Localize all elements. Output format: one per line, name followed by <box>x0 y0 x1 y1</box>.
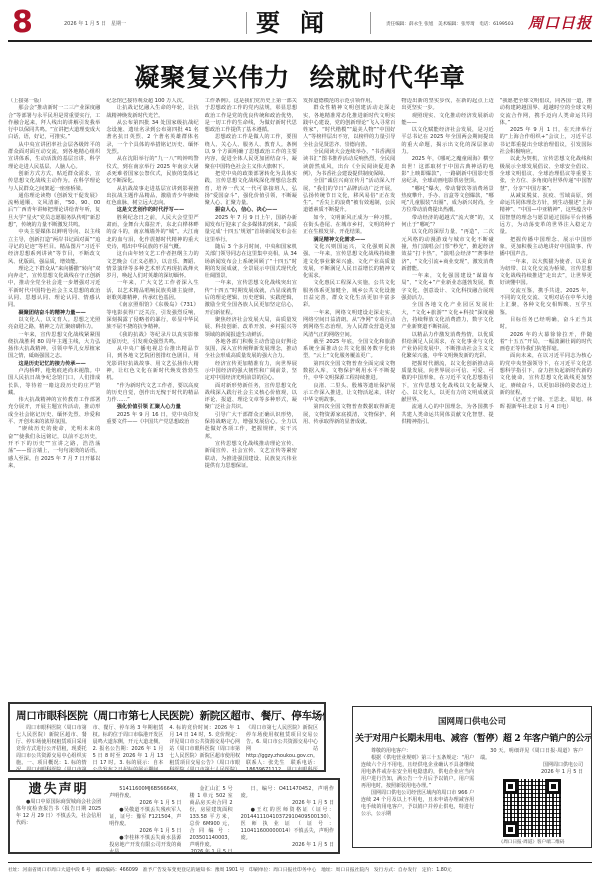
paragraph: 这台由年轻文艺工作者担纲主力的文艺晚会《正义必胜》，以音乐、舞蹈、情景演绎等多种… <box>106 251 198 280</box>
power-company-name: 国网周口供电公司 <box>353 707 591 727</box>
paragraph: 观照现实、文化推动经济发展新动能—— <box>401 113 493 128</box>
paragraph: 2026 年 1 月 5 日 <box>480 769 583 776</box>
paragraph: 思想政治工作是做人的工作，要围绕人、关心人、服务人、教育人。条例以 9 个方面明… <box>205 134 297 170</box>
paragraph: ●李桂林不慎丢失商水县源投房地产开发有限公司开发的商水县 <box>109 835 181 854</box>
paragraph: 引导广大干部群众正确认识形势，保持战略定力，增强发展信心。全力以赴做好各项工作，… <box>205 412 297 441</box>
paragraph: 带动经济的超越式“流大赛”的，又何止于“哪吒”？ <box>401 215 493 230</box>
article-column: 工作条例》。这是我们党历史上第一部关于思想政治工作的党内法规，彰显思想政治工作是… <box>205 98 297 690</box>
article-column: “我愿把全球文明倡议，同各国一道，推动构建跨越国界、超越时空的全球文明交流合作网… <box>500 98 592 690</box>
article-column: （上接第一版）那会会“推动新时一二三产业深度融合”等部署与永平民坦是常重要实行，… <box>8 98 100 690</box>
paragraph: 各地各部门积极主动营造良好舆论氛围，深入宣传阐释新发展理念，推动全社会形成高质量… <box>205 339 297 361</box>
paragraph: 日，编号：O411470452，声明作废。 <box>241 786 334 800</box>
paragraph: 一年来，宣传思想文化战线紧紧围绕抗战胜利 80 周年主题主线，大力弘扬伟大抗战精… <box>8 332 100 361</box>
paragraph: 2026 年 1 月 5 日 <box>109 800 181 807</box>
paragraph: 2025 年 9 月 16 日，党中央印发重要文件——《中国共产党思想政治 <box>106 412 198 427</box>
masthead-divider <box>370 12 371 34</box>
hospital-notice-col: 《周口市第七人民医院》新院区停车场使用权租赁项目交易公告。6. 周口市公共资源交… <box>246 725 318 772</box>
newspaper-logo: 周口日报 <box>528 12 592 33</box>
paragraph: 理论之下群众从“来向播撒”转向“双向奔走”，宣传思想文化战线在守正创新中，推动全… <box>8 266 100 310</box>
paragraph: 2026 年 1 月 5 日 <box>109 828 181 835</box>
paragraph: 2025 年 7 月 9 日上午，国新办新闻发布厅迎来了众多媒体的到来，“高质量… <box>205 215 297 244</box>
hospital-notice-col: 市、餐厅、停车场 3 年期租赁权。标的位于周口市临港开发区晨鸣大道东侧，开元大道… <box>93 725 164 772</box>
paragraph: 2026 年 1 月 5 日 <box>189 849 232 854</box>
paragraph: 流通人心的中国理念，为各国携手共建人类命运共同体贡献文化智慧、提供精神指引。 <box>401 404 493 426</box>
paragraph: 文化兴则国运兴，文化强则民族强。一年来，宣传思想文化战线持续推进文化事业繁荣兴盛… <box>303 244 395 280</box>
paragraph: “赓续历史的使命，光明未来的奋”“使我们永远铭记，以前不忘历史，开不下的历史”“… <box>8 426 100 470</box>
article-subhead: 这是历史记忆的接力传承—— <box>8 361 100 368</box>
editor-credits: 责任编辑：薛永生 张旭 美术编辑：张琴琦 电话：6199503 <box>386 21 514 27</box>
paragraph: 一年来，网络文明建设走深走实，网络空间日益清朗。从“净网”专项行动到网络生态治理… <box>303 310 395 339</box>
paragraph: 群众性精神文明创建活动走深走实，各地精准常态化推进新时代文明实践中心建设，党的创… <box>303 105 395 149</box>
paragraph: 卢沟桥畔，枪炮痕迹尚未褪散。中国人民抗日战争纪念馆门口，人们排成长队，等待着一睹… <box>8 368 100 397</box>
paragraph: 交流互鉴，携手共进。2025 年，不同的文化交流、文明对话在中华大地上汇聚，各种… <box>500 288 592 317</box>
section-title: 要闻 <box>256 8 344 38</box>
qr-caption: 《周口日报·周道》客户端二维码 <box>480 839 583 846</box>
paragraph: 如今，文明新风正成为一种习惯。在街头巷尾、在城市乡村，文明的种子正在生根发芽、开… <box>303 215 395 237</box>
paragraph: 2026 年的大幕徐徐拉开，伴随着“十五五”开局，一幅波澜壮阔的时代画卷正等待我… <box>500 332 592 354</box>
paragraph: 创新方式方式、贴近群众需求，宣传思想文化战线主动作为。在科学理论与人民群众之间架… <box>8 171 100 193</box>
paragraph: 全国各地文化产业园区发展壮大，“文化+旅游”“文化+科技”深度融合，持续释放文化… <box>401 302 493 331</box>
paragraph: 国网周口供电公司经营区域内的周口市 966 户连续 24 个月及以上不用电，且未… <box>361 790 474 818</box>
paragraph: 伟大抗战精神的宣传教育工作部署充分展开，开展主题宣传活动，推动形成全社会铭记历史… <box>8 397 100 426</box>
paragraph: “作为新时代文艺工作者，要以高度的历史自觉，创作出无愧于时代的精品力作……” <box>106 383 198 405</box>
paragraph: 物迈出新的坚实步伐，在新的起点上迈出更坚实一步。 <box>401 98 493 113</box>
power-notice-signoff: 30 天。明细详见《周口日报·周道》客户端。国网周口供电公司2026 年 1 月… <box>480 748 583 776</box>
article-subhead: 强化价值引领 汇聚人心力量 <box>106 404 198 411</box>
paragraph: 以文化赋能经济社会发展，是习近平总书记在 2025 年全国两会期间提出的重大命题… <box>401 127 493 156</box>
paragraph: 通俗理论读物《创新发干促发展》流畅通顺、文风清新，“50、90、00 后”广西青… <box>8 193 100 229</box>
paragraph: 文化惠民工程深入实施，公共文化服务体系更加健全，城乡公共文化设施日益完善，群众文… <box>303 280 395 309</box>
paragraph: 一年来，以大熊猫为使者、以美食为纽带、以文化交流为桥梁，宣传思想文化战线持续推进… <box>500 259 592 288</box>
paragraph: 全国“诚信兴商宣传月”活动深入开展，“我们的节日”品牌活动广泛开展，弘扬传统节日… <box>303 178 395 214</box>
paragraph: 以精品力作激发消费热情，以优质供给满足人民需求，在文化事业与文化产业协同发展中，… <box>401 332 493 361</box>
masthead: 8 2026 年 1 月 5 日 星期一 要闻 责任编辑：薛永生 张旭 美术编辑… <box>8 6 592 40</box>
article-column: 纪念馆已接待观众超 100 万人次。让抗战记忆融入生命的年轮，让抗战精神焕发新时… <box>106 98 198 690</box>
paragraph: 从减贫脱贫、抗疫、雪域高原，到命运共同体理念方针，到生动描述“上海精神”、“中国… <box>500 193 592 237</box>
paragraph: 《南京照相馆》《东极岛》《731》等电影获得广泛关注，引发强烈反响，深刻揭露了侵… <box>106 302 198 331</box>
paragraph: ●吴敬道不慎丢失残疾军人证，证号：豫军 F121504，声明作废。 <box>109 807 181 828</box>
paragraph: 国网周口供电公司 <box>480 762 583 769</box>
paragraph: 截至 2025 年底，全国文化和旅游系统全面推动公共文化服务数字化转型，“云上”… <box>303 339 395 361</box>
paragraph: 金汇山汇 5 号楼 1 单元 502 室商品房买卖合同 2 份，房屋建筑面积 1… <box>189 786 232 849</box>
hospital-notice-title: 周口市眼科医院（周口市第七人民医院）新院区超市、餐厅、停车场使用权租赁项目竞价公… <box>10 704 324 725</box>
paragraph: 2025 年 9 月 1 日，在天津举行的“上海合作组织+”会议上，习近平总书记… <box>500 127 592 156</box>
paragraph: “我愿把全球文明倡议，同各国一道，推动构建跨越国界、超越时空的全球文明交流合作网… <box>500 98 592 127</box>
paragraph: 随后 3 个多月时间，中央和国家机关部门领导同志在这里集中亮相，从 34 场新闻… <box>205 244 297 280</box>
paragraph: 经济宣传更加精准有力，向世界展示中国经济的强大韧性和广阔前景，坚定对中国经济光明… <box>205 361 297 383</box>
paragraph: 胜利纪念日之前，人民大会堂里严肃而，金舞台大幕拉开，东北白桦林畔的奋斗的，南京城… <box>106 215 198 251</box>
paragraph: 目标任务已经明确，奋斗正当其时。 <box>500 317 592 332</box>
paragraph: 2026 年 1 月 5 日 <box>241 800 334 807</box>
paragraph: 2026 年 1 月 5 日 <box>241 842 334 849</box>
paragraph: 以文化的深厚力量，“再造”，二次元风格的动漫游戏与城市文化不断碰撞，热门演唱会门… <box>401 229 493 273</box>
paragraph: 51411600MJ6B56664X，声明作废。 <box>109 786 181 800</box>
paragraph: 面对新形势新任务，宣传思想文化战线深入践行社会主义核心价值观，以评论、报道、理论… <box>205 383 297 412</box>
paragraph: 宣传思想文化战线推动理论宣传、新闻宣传、社会宣传、文艺宣传等紧密联动，为推进强国… <box>205 441 297 470</box>
power-company-notice: 国网周口供电公司 关于对用户长期未用电、减容（暂停）超 2 年客户销户的公示 尊… <box>352 706 592 848</box>
paragraph: 《我的抗战》等纪录片以真实影像还原历史，引发观众强烈共鸣。 <box>106 332 198 347</box>
paragraph: 把党中央的政策部署转化为具体实践，宣传思想文化战线深化理想信念教育，培养一代又一… <box>205 171 297 207</box>
hospital-notice-body: 周口市眼科医院（周口市第七人民医院）新院区超市、餐厅、停车场使用权租赁项目采用竞… <box>10 725 324 772</box>
paragraph: 全民阅读大会连续举办，“书香满园读书汇”图书推荐活动反响热烈，全民阅读蔚然成风，… <box>303 149 395 178</box>
article-subhead: 振奋人心，信心、决心—— <box>205 207 297 214</box>
paragraph: 面向未来，在以习近平同志为核心的党中央坚强领导下，在习近平文化思想科学指引下，奋… <box>500 353 592 397</box>
lost-notice-column: 金汇山汇 5 号楼 1 单元 502 室商品房买卖合同 2 份，房屋建筑面积 1… <box>185 780 236 852</box>
masthead-divider <box>246 12 247 34</box>
imprint-footer: 社址：河南省周口市周口大道中段 6 号 邮政编码：466099 准予广告发布变更… <box>8 866 592 873</box>
paragraph: 聚焦经济社会发展大局，高质量发展、科技创新、改革开放、乡村振兴等领域的新闻报道生… <box>205 317 297 339</box>
lost-notice-column: 日，编号：O411470452，声明作废。2026 年 1 月 5 日●王红的医… <box>237 780 338 852</box>
paragraph: 从公布第四批 34 处国家级抗战纪念设施、遗址名录到公布第四批 41 名著名抗日… <box>106 120 198 156</box>
paragraph: 尊敬的用电客户： <box>361 748 474 755</box>
article-column: 发挥道德模范的示范引领作用。群众性精神文明创建活动走深走实，各地精准常态化推进新… <box>303 98 395 690</box>
paragraph: 第四次全国文物普查数据取得新进展，文物资源家底摸清，文物保护、利用、传承取得新的… <box>303 404 395 426</box>
lost-notice-item: ●周口中原国际商贸城商会社会团体年度检查报告书（报告日期 2025 年 12 月… <box>16 799 101 827</box>
power-notice-title: 关于对用户长期未用电、减容（暂停）超 2 年客户销户的公示 <box>353 727 591 748</box>
footer-rule <box>8 862 592 863</box>
article-byline: （记者王子铭、王思北、周旭、林晖 据新华社北京 1 月 4 日电） <box>500 397 592 412</box>
lost-notice-column: 51411600MJ6B56664X，声明作废。2026 年 1 月 5 日●吴… <box>105 780 185 852</box>
hospital-notice-col: 周口市眼科医院（周口市第七人民医院）新院区超市、餐厅、停车场使用权租赁项目采用竞… <box>16 725 87 772</box>
paragraph: 以文化人，以文育人。思想之光照亮奋进之路，精神之力汇聚磅礴伟力。 <box>8 317 100 332</box>
paragraph: 第四次全国文物普查全面完成文物数据入库，文物保护利用水平不断提升，中华文明探源工… <box>303 361 395 383</box>
paragraph: 工作条例》。这是我们党历史上第一部关于思想政治工作的党内法规，彰显思想政治工作是… <box>205 98 297 134</box>
paragraph: 以此为契机，宣传思想文化战线积极展示全球发展倡议、全球安全倡议、全球文明倡议、全… <box>500 156 592 192</box>
paragraph: 一年来，广大文艺工作者深入生活，以艺术精品唱响民族英雄主旋律，讴歌英雄精神，传承… <box>106 280 198 302</box>
paragraph: “哪吒”爆火，带动餐饮等消费场景热度攀升，手办、盲盒等文创爆款，“哪吒”儿童服装… <box>401 186 493 215</box>
paragraph: 根据《供电营业规则》第三十五条规定：“用户连续六个月不用电，且经供电企业确认不具… <box>361 755 474 790</box>
paragraph: 2025 年，《哪吒之魔童闹海》横空出世！这部取材于中国古典神话的电影“上映即爆… <box>401 156 493 185</box>
paragraph: 从抗战故事走进基层宣讲到影视推出抗战主题作品精品，激励青少年赓续红色血脉，树立远… <box>106 186 198 208</box>
article-subhead: 凝聚团结奋斗的精神力量—— <box>8 310 100 317</box>
paragraph: 把握传播中国理念、展示中国形象，更加积极主动地讲好中国故事、传播中国声音。 <box>500 237 592 259</box>
paragraph: 从在沈阳举行的“九一八”鸣钟鸣警仪式，到在南京举行 2025 年南京大屠杀死难者… <box>106 156 198 185</box>
paragraph: 中央主要媒体以鲜明导向、以主线立主导，创新打造“两岸书记面对面”“追寻记的足迹”… <box>8 229 100 265</box>
issue-date: 2026 年 1 月 5 日 星期一 <box>64 20 126 27</box>
page-number: 8 <box>12 6 33 40</box>
paragraph: 那会会“推动新时一二三产业深度融合”等部署与永平民坦是常重要实行，工作融合起来，… <box>8 105 100 141</box>
lost-notice-title: 遗失声明 <box>16 786 101 799</box>
article-body: （上接第一版）那会会“推动新时一二三产业深度融合”等部署与永平民坦是常重要实行，… <box>8 98 592 690</box>
paragraph: 良渚、二里头、殷墟等遗址保护展示工作深入推进，让文物活起来，讲好中华文明故事。 <box>303 383 395 405</box>
hospital-tender-notice: 周口市眼科医院（周口市第七人民医院）新院区超市、餐厅、停车场使用权租赁项目竞价公… <box>8 702 326 772</box>
paragraph: 一年来，文化强国建设“谋篇布局”，“文化+”产业新业态蓬勃发展，数字文化、创意设… <box>401 273 493 302</box>
power-notice-body: 尊敬的用电客户：根据《供电营业规则》第三十五条规定：“用户连续六个月不用电，且经… <box>361 748 474 846</box>
paragraph: 从中央广播电视总台推出精品节目，到各地文艺院团创排红色剧目，用光影讲好抗战故事、… <box>106 346 198 382</box>
paragraph: 从中央宣讲团率社会层各级阵平的群众面对面互动交流，到各地精心组织宣讲体系，生动活… <box>8 142 100 171</box>
paragraph: 30 天。明细详见《周口日报·周道》客户端。 <box>480 748 583 762</box>
main-headline: 凝聚复兴伟力 绘就时代华章 <box>0 58 600 94</box>
article-column: 物迈出新的坚实步伐，在新的起点上迈出更坚实一步。观照现实、文化推动经济发展新动能… <box>401 98 493 690</box>
article-subhead: 这是文艺创作的时代抒写—— <box>106 207 198 214</box>
article-subhead: 满足精神文化需求—— <box>303 237 395 244</box>
masthead-rule <box>8 40 592 42</box>
paragraph: 一年来，宣传思想文化战线突出宣传“十四五”时期发展成就，凸显成就背后的理论逻辑、… <box>205 280 297 316</box>
lost-declaration-notice: 遗失声明 ●周口中原国际商贸城商会社会团体年度检查报告书（报告日期 2025 年… <box>8 778 340 854</box>
hospital-notice-col: 4. 标的竞价时间：2026 年 1 月 14 日 14 时，5. 竞价规定：详… <box>169 725 240 772</box>
qr-code-icon[interactable] <box>503 779 561 837</box>
paragraph: 让抗战记忆融入生命的年轮，让抗战精神焕发新时代光芒。 <box>106 105 198 120</box>
paragraph: 把握时代潮流，以文化创新推动高质量发展，向世界展示可信、可爱、可敬的中国形象，在… <box>401 361 493 405</box>
paragraph: ●王红的医师资格证（证号：201441110410372910409500130… <box>241 807 334 842</box>
